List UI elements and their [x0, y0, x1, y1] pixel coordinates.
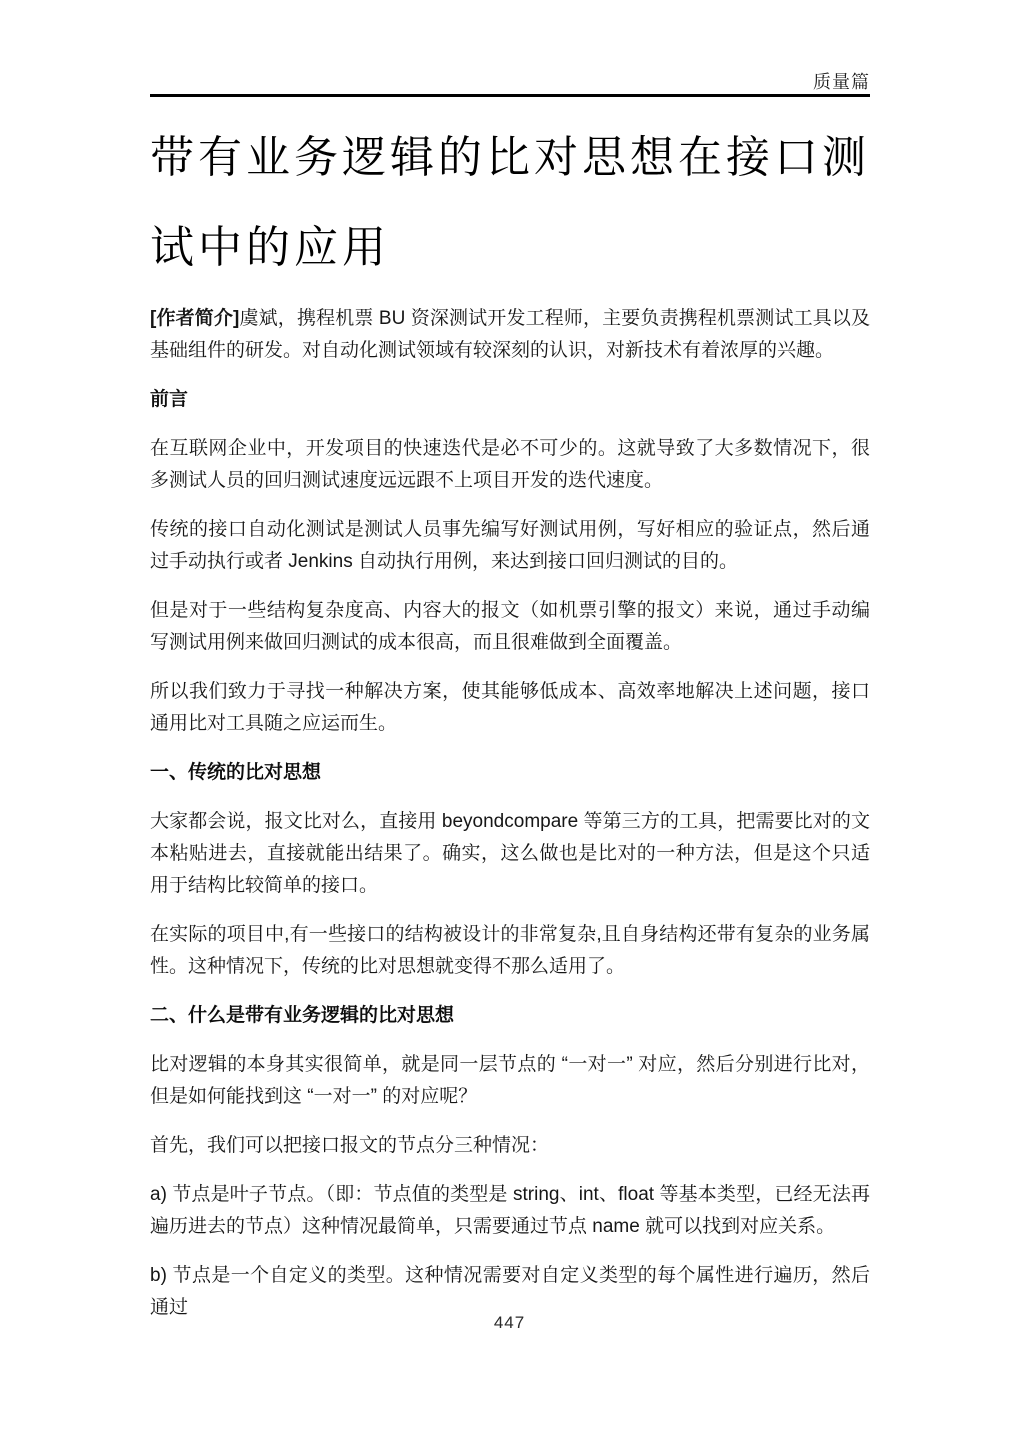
section-heading-preface: 前言 — [150, 384, 870, 416]
page-content: 质量篇 带有业务逻辑的比对思想在接口测试中的应用 [作者简介]虞斌，携程机票 B… — [150, 0, 870, 1341]
header-chapter-label: 质量篇 — [813, 71, 870, 93]
paragraph: 首先，我们可以把接口报文的节点分三种情况： — [150, 1130, 870, 1162]
author-intro-text: 虞斌，携程机票 BU 资深测试开发工程师，主要负责携程机票测试工具以及基础组件的… — [150, 308, 870, 361]
page-header: 质量篇 — [150, 0, 870, 97]
paragraph: 在实际的项目中,有一些接口的结构被设计的非常复杂,且自身结构还带有复杂的业务属性… — [150, 919, 870, 983]
article-title: 带有业务逻辑的比对思想在接口测试中的应用 — [150, 113, 870, 293]
paragraph: 大家都会说，报文比对么，直接用 beyondcompare 等第三方的工具，把需… — [150, 806, 870, 902]
author-intro: [作者简介]虞斌，携程机票 BU 资深测试开发工程师，主要负责携程机票测试工具以… — [150, 303, 870, 367]
author-intro-label: [作者简介] — [150, 308, 239, 329]
paragraph: 传统的接口自动化测试是测试人员事先编写好测试用例，写好相应的验证点，然后通过手动… — [150, 514, 870, 578]
page-footer: 447 — [0, 1312, 1019, 1334]
paragraph: 所以我们致力于寻找一种解决方案，使其能够低成本、高效率地解决上述问题，接口通用比… — [150, 676, 870, 740]
section-heading-1: 一、传统的比对思想 — [150, 757, 870, 789]
list-item-a: a) 节点是叶子节点。（即：节点值的类型是 string、int、float 等… — [150, 1179, 870, 1243]
paragraph: 在互联网企业中，开发项目的快速迭代是必不可少的。这就导致了大多数情况下，很多测试… — [150, 433, 870, 497]
document-page: 质量篇 带有业务逻辑的比对思想在接口测试中的应用 [作者简介]虞斌，携程机票 B… — [0, 0, 1019, 1440]
paragraph: 比对逻辑的本身其实很简单，就是同一层节点的 “一对一” 对应，然后分别进行比对，… — [150, 1049, 870, 1113]
section-heading-2: 二、什么是带有业务逻辑的比对思想 — [150, 1000, 870, 1032]
paragraph: 但是对于一些结构复杂度高、内容大的报文（如机票引擎的报文）来说，通过手动编写测试… — [150, 595, 870, 659]
page-number: 447 — [494, 1313, 525, 1332]
